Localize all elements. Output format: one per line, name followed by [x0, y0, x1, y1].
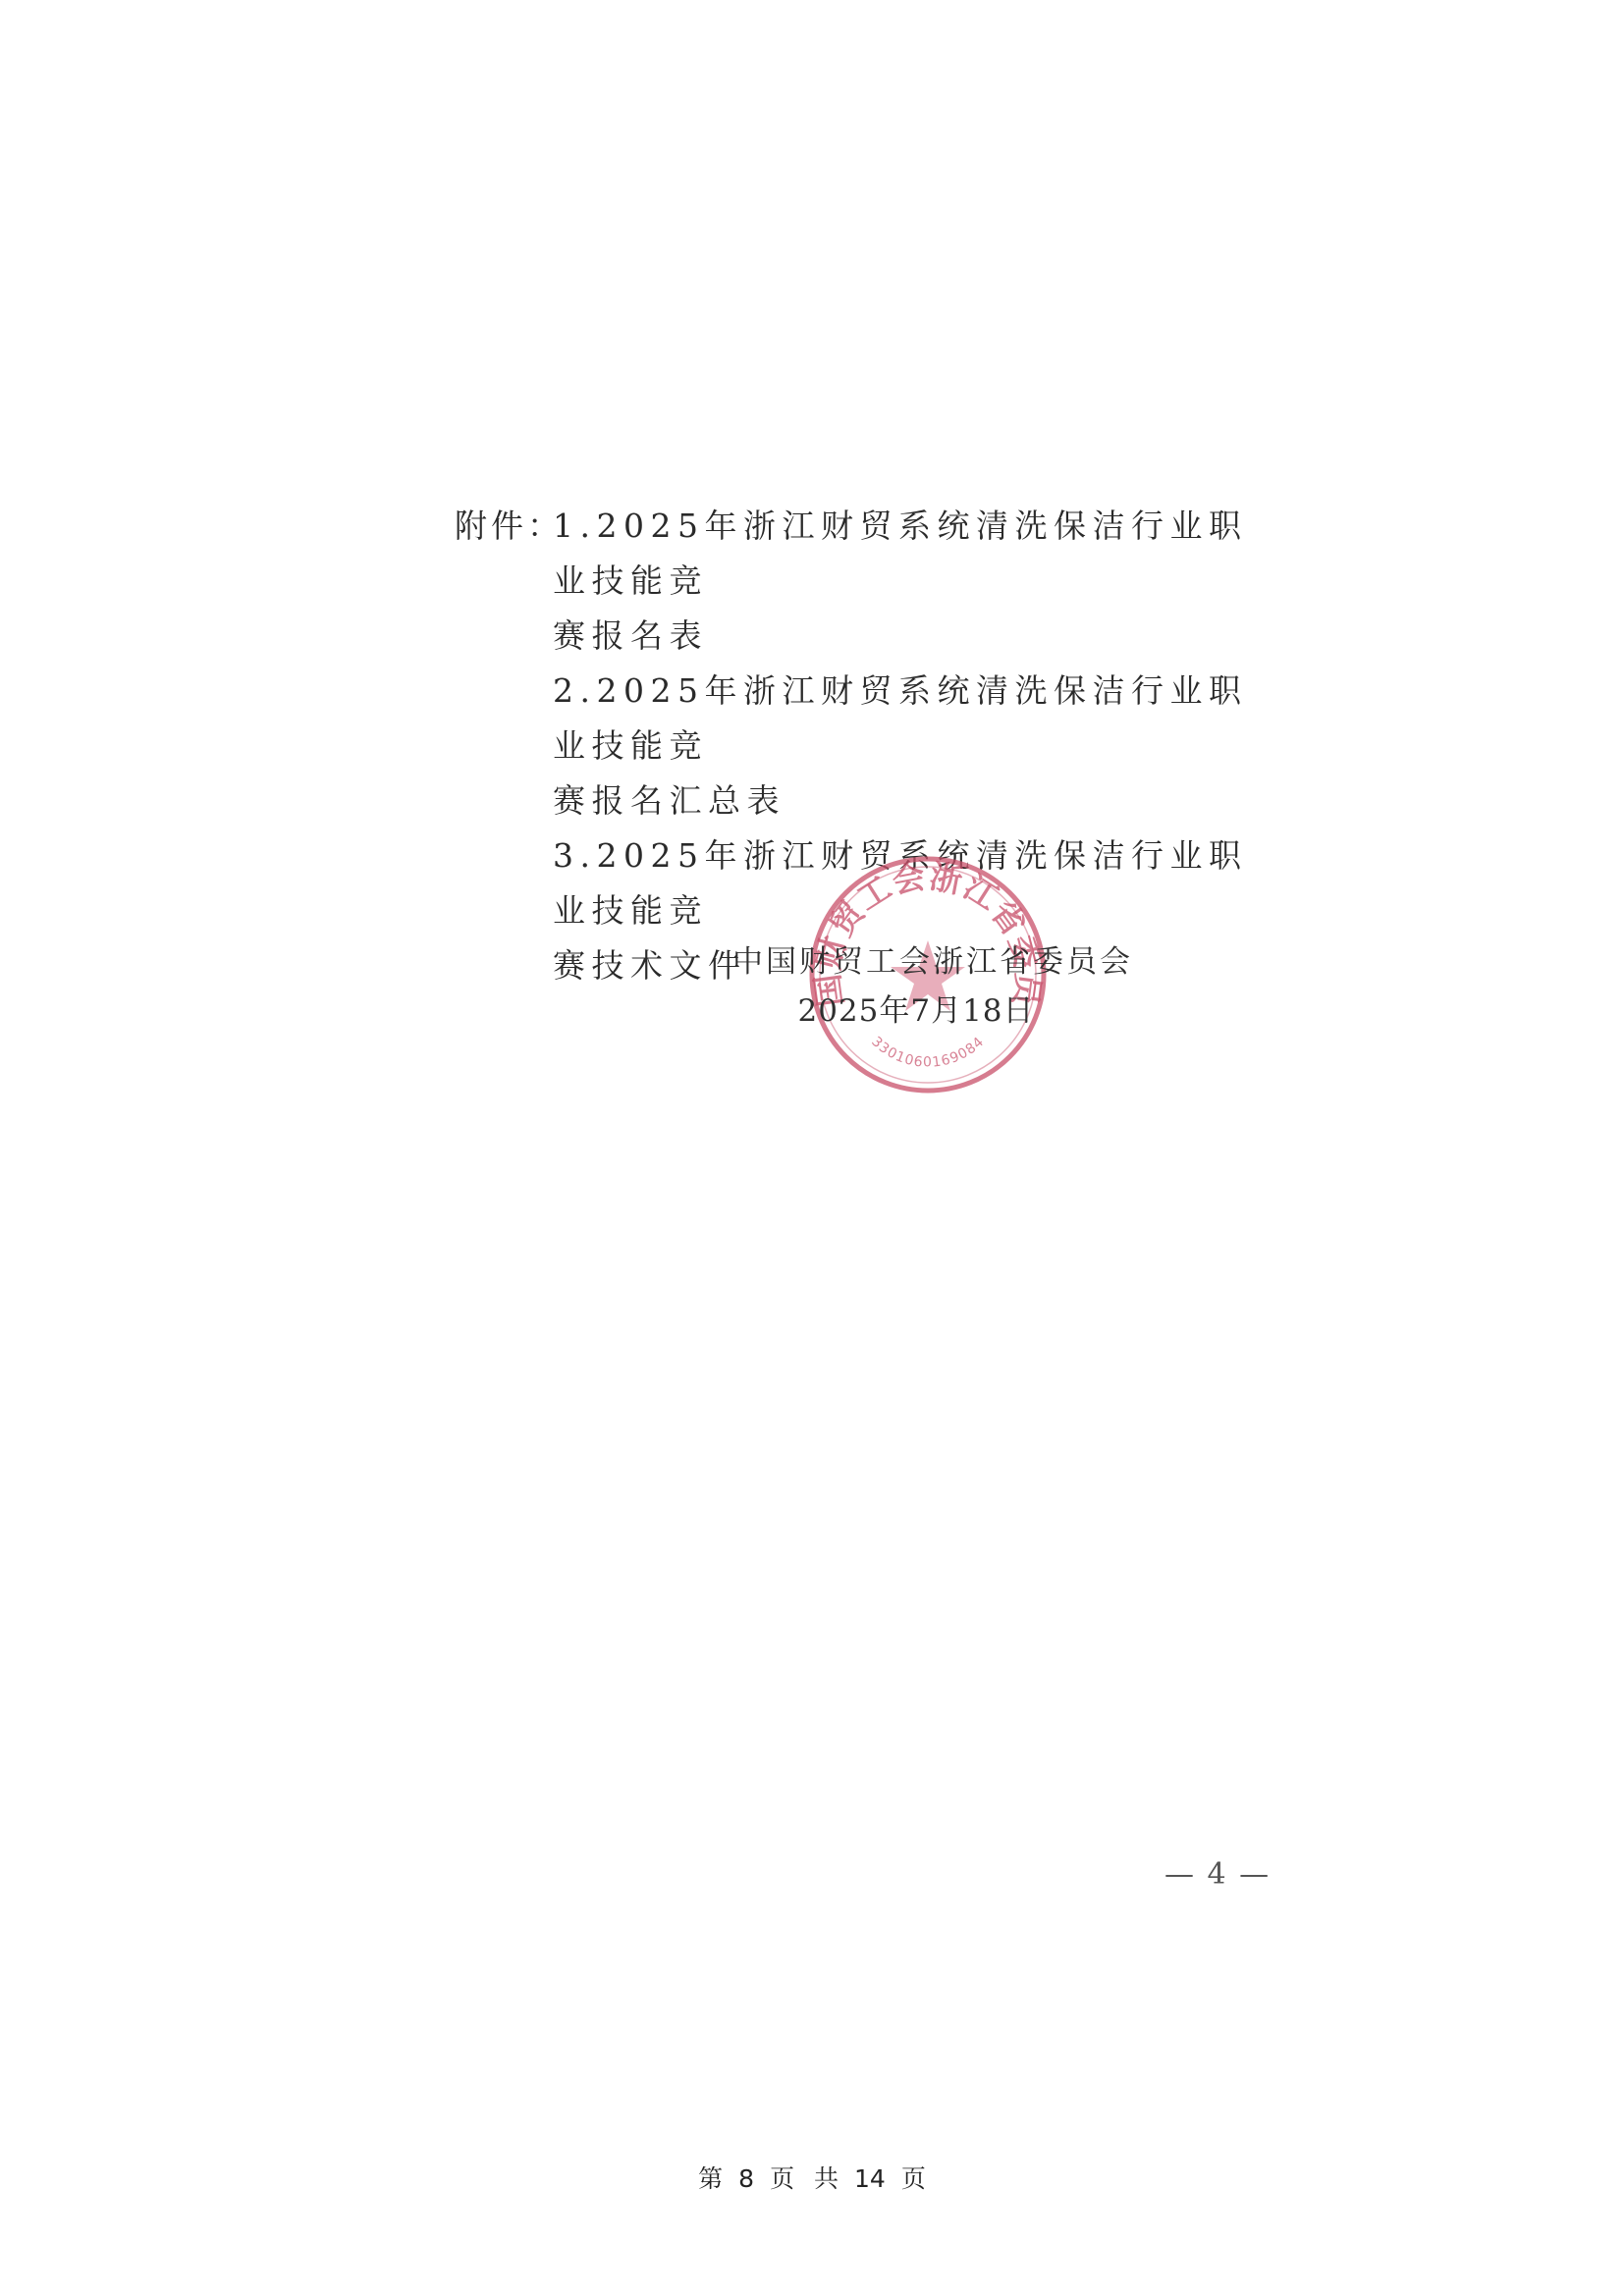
seal-code: 3301060169084 — [868, 1034, 987, 1070]
svg-text:3301060169084: 3301060169084 — [868, 1034, 987, 1070]
footer-suffix: 页 — [901, 2164, 926, 2193]
page-footer: 第8页 共14页 — [0, 2160, 1624, 2195]
signing-date: 2025年7月18日 — [671, 987, 1162, 1036]
footer-total-pages: 14 — [854, 2164, 886, 2193]
attachments-label: 附件： — [455, 499, 564, 554]
attachment-item-line1: 1.2025年浙江财贸系统清洗保洁行业职业技能竞 — [553, 499, 1279, 609]
attachment-item: 2.2025年浙江财贸系统清洗保洁行业职业技能竞 赛报名汇总表 — [553, 664, 1279, 828]
attachment-item-line2: 赛报名汇总表 — [553, 774, 1279, 828]
footer-prefix: 第 — [698, 2164, 723, 2193]
signing-organization: 中国财贸工会浙江省委员会 — [687, 937, 1178, 987]
signature-block: 中国财贸工会浙江省委员会 2025年7月18日 — [687, 937, 1178, 1036]
attachment-item-line1: 2.2025年浙江财贸系统清洗保洁行业职业技能竞 — [553, 664, 1279, 774]
attachment-item: 1.2025年浙江财贸系统清洗保洁行业职业技能竞 赛报名表 — [553, 499, 1279, 664]
attachment-item-line2: 赛报名表 — [553, 609, 1279, 664]
footer-mid: 页 共 — [770, 2164, 839, 2193]
page-marker: — 4 — — [1164, 1857, 1271, 1892]
footer-current-page: 8 — [738, 2164, 754, 2193]
